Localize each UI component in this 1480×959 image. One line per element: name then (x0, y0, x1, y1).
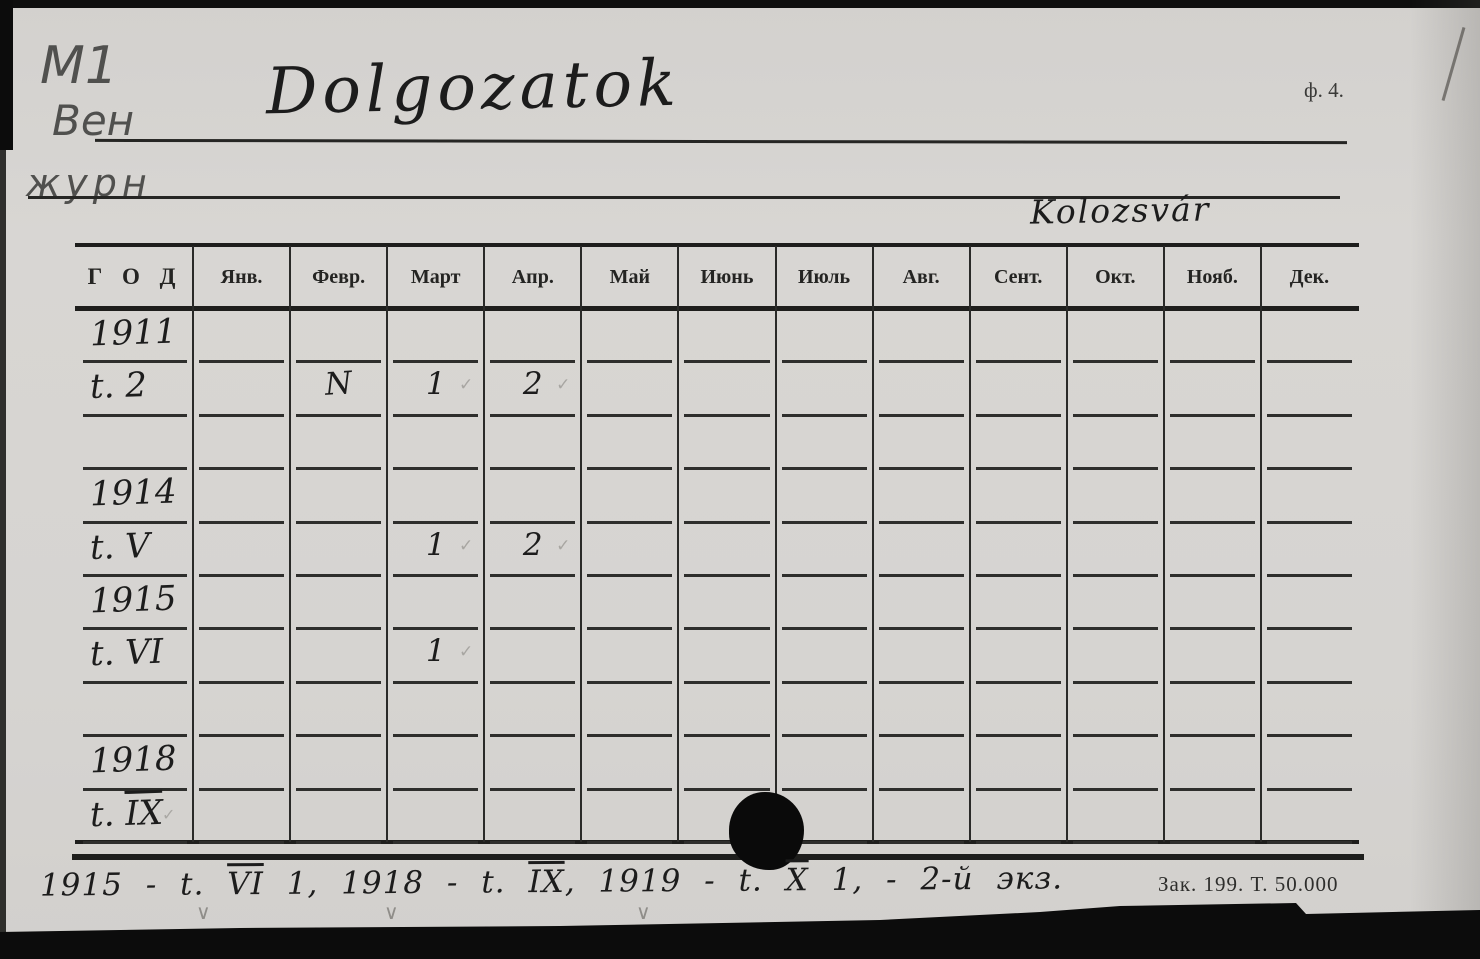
year-volume-label: t. V (89, 526, 150, 569)
month-cell (872, 415, 969, 468)
year-cell: 1911 (78, 308, 192, 361)
month-cell (969, 628, 1066, 681)
print-order-note: Зак. 199. Т. 50.000 (1158, 872, 1339, 897)
roman-numeral-overlined: IX (528, 864, 565, 900)
issue-received-mark: N (290, 363, 387, 407)
month-cell (969, 575, 1066, 628)
pencil-check-mark: ∨ (384, 900, 399, 924)
month-cell (872, 468, 969, 521)
month-cell (1066, 522, 1163, 575)
month-cell (969, 361, 1066, 414)
month-column-header: Июль (775, 246, 872, 308)
month-cell (1163, 308, 1260, 361)
month-cell (775, 682, 872, 735)
month-cell (580, 361, 677, 414)
month-cell (386, 308, 483, 361)
year-volume-label: 1911 (89, 312, 177, 356)
year-cell: t. IX✓ (78, 789, 192, 842)
month-cell (289, 522, 386, 575)
month-cell (1260, 361, 1357, 414)
month-cell (483, 682, 580, 735)
month-cell (872, 361, 969, 414)
month-cell (386, 468, 483, 521)
year-volume-label: 1915 (89, 578, 177, 622)
month-cell (775, 361, 872, 414)
note-text: 1, 1918 - t. (264, 864, 529, 902)
month-cell (192, 682, 289, 735)
month-cell (483, 468, 580, 521)
month-column-header: Март (386, 246, 483, 308)
month-column-header: Апр. (483, 246, 580, 308)
month-cell (483, 308, 580, 361)
month-cell (872, 522, 969, 575)
year-volume-label: 1914 (89, 472, 177, 516)
month-cell (289, 468, 386, 521)
issue-register-table: Г О ДЯнв.Февр.МартАпр.МайИюньИюльАвг.Сен… (78, 246, 1357, 862)
month-cell (872, 628, 969, 681)
month-cell (192, 789, 289, 842)
month-cell (1066, 628, 1163, 681)
year-cell (78, 682, 192, 735)
month-cell (580, 308, 677, 361)
month-cell (289, 575, 386, 628)
month-cell (289, 735, 386, 788)
month-cell (1163, 415, 1260, 468)
pencil-check-mark: ✓ (459, 642, 473, 662)
month-cell (1066, 308, 1163, 361)
month-cell (969, 415, 1066, 468)
month-column-header: Июнь (677, 246, 774, 308)
month-cell (775, 575, 872, 628)
month-cell (580, 468, 677, 521)
month-cell (580, 735, 677, 788)
month-cell (1260, 468, 1357, 521)
month-cell (1260, 682, 1357, 735)
month-cell (483, 735, 580, 788)
month-cell (580, 789, 677, 842)
table-bottom-border-2 (72, 854, 1364, 860)
month-cell (192, 628, 289, 681)
paper-fold-shadow (1410, 0, 1480, 959)
month-cell (775, 468, 872, 521)
missing-issues-note: 1915 - t. VI 1, 1918 - t. IX, 1919 - t. … (40, 860, 1063, 903)
shelf-code-note: М1 (40, 40, 118, 92)
month-cell (1260, 628, 1357, 681)
year-cell: t. 2 (78, 361, 192, 414)
month-cell: 2✓ (483, 522, 580, 575)
month-column-header: Февр. (289, 246, 386, 308)
month-cell (1066, 789, 1163, 842)
month-cell (1260, 522, 1357, 575)
month-cell (1260, 789, 1357, 842)
place-of-publication: Kolozsvár (1030, 192, 1211, 228)
month-cell (775, 308, 872, 361)
month-cell (289, 415, 386, 468)
month-cell (289, 628, 386, 681)
month-cell (1163, 789, 1260, 842)
month-cell (1163, 575, 1260, 628)
month-cell (677, 575, 774, 628)
month-cell (872, 682, 969, 735)
month-cell (386, 789, 483, 842)
roman-numeral-overlined: VI (227, 866, 264, 902)
month-cell (872, 575, 969, 628)
note-text: 1, - 2-й экз. (809, 860, 1064, 898)
month-cell (192, 415, 289, 468)
pencil-check-mark: ∨ (196, 900, 211, 924)
month-cell (386, 735, 483, 788)
scan-edge-bottom (0, 899, 1480, 959)
month-cell (580, 575, 677, 628)
month-cell (1066, 468, 1163, 521)
month-cell (192, 575, 289, 628)
month-cell (192, 361, 289, 414)
month-cell: 2✓ (483, 361, 580, 414)
form-number: ф. 4. (1304, 78, 1344, 103)
month-cell (580, 682, 677, 735)
month-cell (969, 522, 1066, 575)
library-card-scan: М1 Вен журн Dolgozatok ф. 4. Kolozsvár Г… (0, 0, 1480, 959)
month-cell (775, 522, 872, 575)
month-cell (1163, 628, 1260, 681)
pencil-check-mark: ∨ (636, 900, 651, 924)
year-volume-label: t. 2 (89, 365, 147, 408)
title-rule-line (95, 139, 1347, 144)
year-volume-label: 1918 (89, 739, 177, 783)
scan-edge-left-corner (0, 0, 13, 150)
month-cell (483, 789, 580, 842)
year-cell: 1918 (78, 735, 192, 788)
pencil-check-mark: ✓ (459, 536, 473, 556)
note-text: 1915 - t. (40, 866, 227, 903)
month-cell (872, 789, 969, 842)
hole-punch-dot (729, 792, 804, 870)
month-cell (969, 789, 1066, 842)
month-column-header: Сент. (969, 246, 1066, 308)
month-cell (580, 522, 677, 575)
month-cell (1066, 735, 1163, 788)
month-cell (192, 308, 289, 361)
month-cell (1066, 415, 1163, 468)
month-column-header: Янв. (192, 246, 289, 308)
month-cell (580, 628, 677, 681)
month-cell (969, 735, 1066, 788)
month-cell (1163, 682, 1260, 735)
month-cell (677, 415, 774, 468)
year-cell: 1915 (78, 575, 192, 628)
month-cell (483, 628, 580, 681)
month-cell: N (289, 361, 386, 414)
month-cell (677, 522, 774, 575)
month-cell (289, 682, 386, 735)
month-cell (192, 468, 289, 521)
note-text: , 1919 - t. (565, 862, 786, 900)
month-cell: 1✓ (386, 361, 483, 414)
month-cell (775, 628, 872, 681)
year-volume-label: t. IX (89, 792, 163, 835)
month-cell (1260, 575, 1357, 628)
pencil-check-mark: ✓ (162, 805, 175, 824)
month-cell (1066, 682, 1163, 735)
month-cell (1260, 735, 1357, 788)
month-cell (1163, 522, 1260, 575)
month-cell (677, 682, 774, 735)
month-cell (386, 575, 483, 628)
year-cell (78, 415, 192, 468)
year-cell: t. V (78, 522, 192, 575)
month-cell (969, 468, 1066, 521)
roman-numeral-overlined: X (786, 862, 809, 898)
month-cell (483, 415, 580, 468)
collection-note: Вен (52, 100, 134, 142)
pencil-check-mark: ✓ (556, 375, 570, 395)
month-cell (969, 308, 1066, 361)
journal-title-handwritten: Dolgozatok (265, 52, 681, 125)
month-cell (289, 789, 386, 842)
month-cell (483, 575, 580, 628)
month-cell (580, 415, 677, 468)
month-cell (677, 361, 774, 414)
year-column-header: Г О Д (78, 246, 192, 308)
month-cell (677, 468, 774, 521)
month-cell (1163, 735, 1260, 788)
month-cell (872, 735, 969, 788)
year-cell: 1914 (78, 468, 192, 521)
month-cell (1260, 415, 1357, 468)
month-cell (1066, 575, 1163, 628)
month-cell (386, 415, 483, 468)
month-cell (969, 682, 1066, 735)
month-cell (775, 415, 872, 468)
month-column-header: Авг. (872, 246, 969, 308)
month-cell (1066, 361, 1163, 414)
month-cell (677, 735, 774, 788)
pencil-check-mark: ✓ (459, 375, 473, 395)
month-cell (872, 308, 969, 361)
month-cell (192, 522, 289, 575)
month-cell (677, 628, 774, 681)
month-cell: 1✓ (386, 628, 483, 681)
year-cell: t. VI (78, 628, 192, 681)
month-cell (386, 682, 483, 735)
scan-edge-top (0, 0, 1480, 8)
month-cell (289, 308, 386, 361)
month-column-header: Дек. (1260, 246, 1357, 308)
year-volume-label: t. VI (89, 632, 164, 675)
month-column-header: Май (580, 246, 677, 308)
pencil-check-mark: ✓ (556, 536, 570, 556)
month-cell (192, 735, 289, 788)
month-cell (1163, 361, 1260, 414)
month-cell (1260, 308, 1357, 361)
month-cell (1163, 468, 1260, 521)
month-cell (677, 308, 774, 361)
month-cell: 1✓ (386, 522, 483, 575)
month-cell (775, 735, 872, 788)
month-column-header: Нояб. (1163, 246, 1260, 308)
month-column-header: Окт. (1066, 246, 1163, 308)
